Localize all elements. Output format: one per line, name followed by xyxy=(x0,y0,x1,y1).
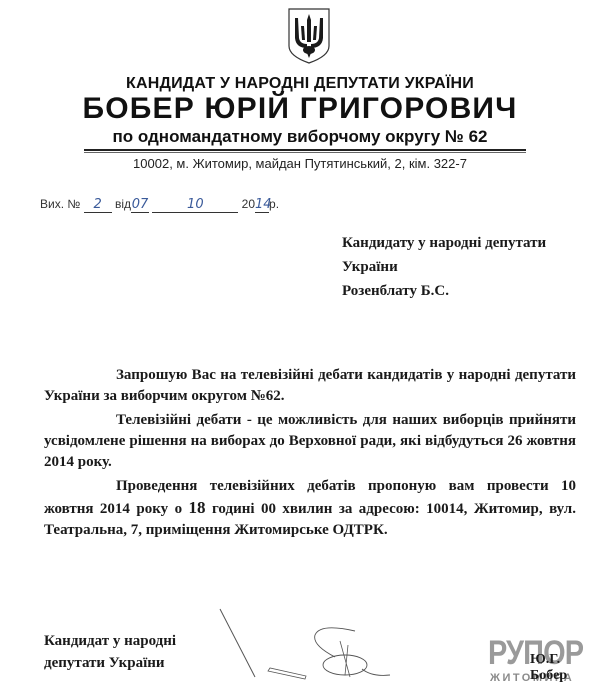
addressee-block: Кандидату у народні депутати України Роз… xyxy=(342,231,546,303)
outgoing-number-label: Вих. № xyxy=(40,197,80,211)
header-divider xyxy=(84,149,526,151)
handwritten-signature-icon xyxy=(200,605,400,685)
outgoing-number-value: 2 xyxy=(84,198,112,213)
coat-of-arms-icon xyxy=(286,6,332,66)
signatory-name: Ю.Г. Бобер xyxy=(530,652,600,684)
signature-label-line: Кандидат у народні xyxy=(44,630,176,652)
addressee-line: Розенблату Б.С. xyxy=(342,279,546,303)
paragraph: Телевізійні дебати - це можливість для н… xyxy=(44,410,576,473)
header-title: КАНДИДАТ У НАРОДНІ ДЕПУТАТИ УКРАЇНИ xyxy=(0,75,600,93)
outgoing-year-prefix: 20 xyxy=(242,197,255,211)
outgoing-year-suffix: 14 xyxy=(255,198,269,213)
outgoing-month: 10 xyxy=(152,198,238,213)
signature-label-line: депутати України xyxy=(44,652,176,674)
outgoing-year-label: р. xyxy=(269,197,279,211)
paragraph: Проведення телевізійних дебатів пропоную… xyxy=(44,476,576,541)
paragraph: Запрошую Вас на телевізійні дебати канди… xyxy=(44,365,576,407)
outgoing-day: 07 xyxy=(131,198,149,213)
signature-label: Кандидат у народні депутати України xyxy=(44,630,176,674)
addressee-line: України xyxy=(342,255,546,279)
hour-value: 18 xyxy=(189,498,206,517)
district: по одномандатному виборчому округу № 62 xyxy=(0,127,600,147)
outgoing-reference: Вих. № 2 від07 10 2014р. xyxy=(40,197,279,213)
letter-body: Запрошую Вас на телевізійні дебати канди… xyxy=(44,365,576,544)
outgoing-date-label: від xyxy=(115,197,131,211)
header-divider-thin xyxy=(84,152,526,153)
candidate-name: БОБЕР ЮРІЙ ГРИГОРОВИЧ xyxy=(0,92,600,126)
header-address: 10002, м. Житомир, майдан Путятинський, … xyxy=(0,156,600,171)
addressee-line: Кандидату у народні депутати xyxy=(342,231,546,255)
